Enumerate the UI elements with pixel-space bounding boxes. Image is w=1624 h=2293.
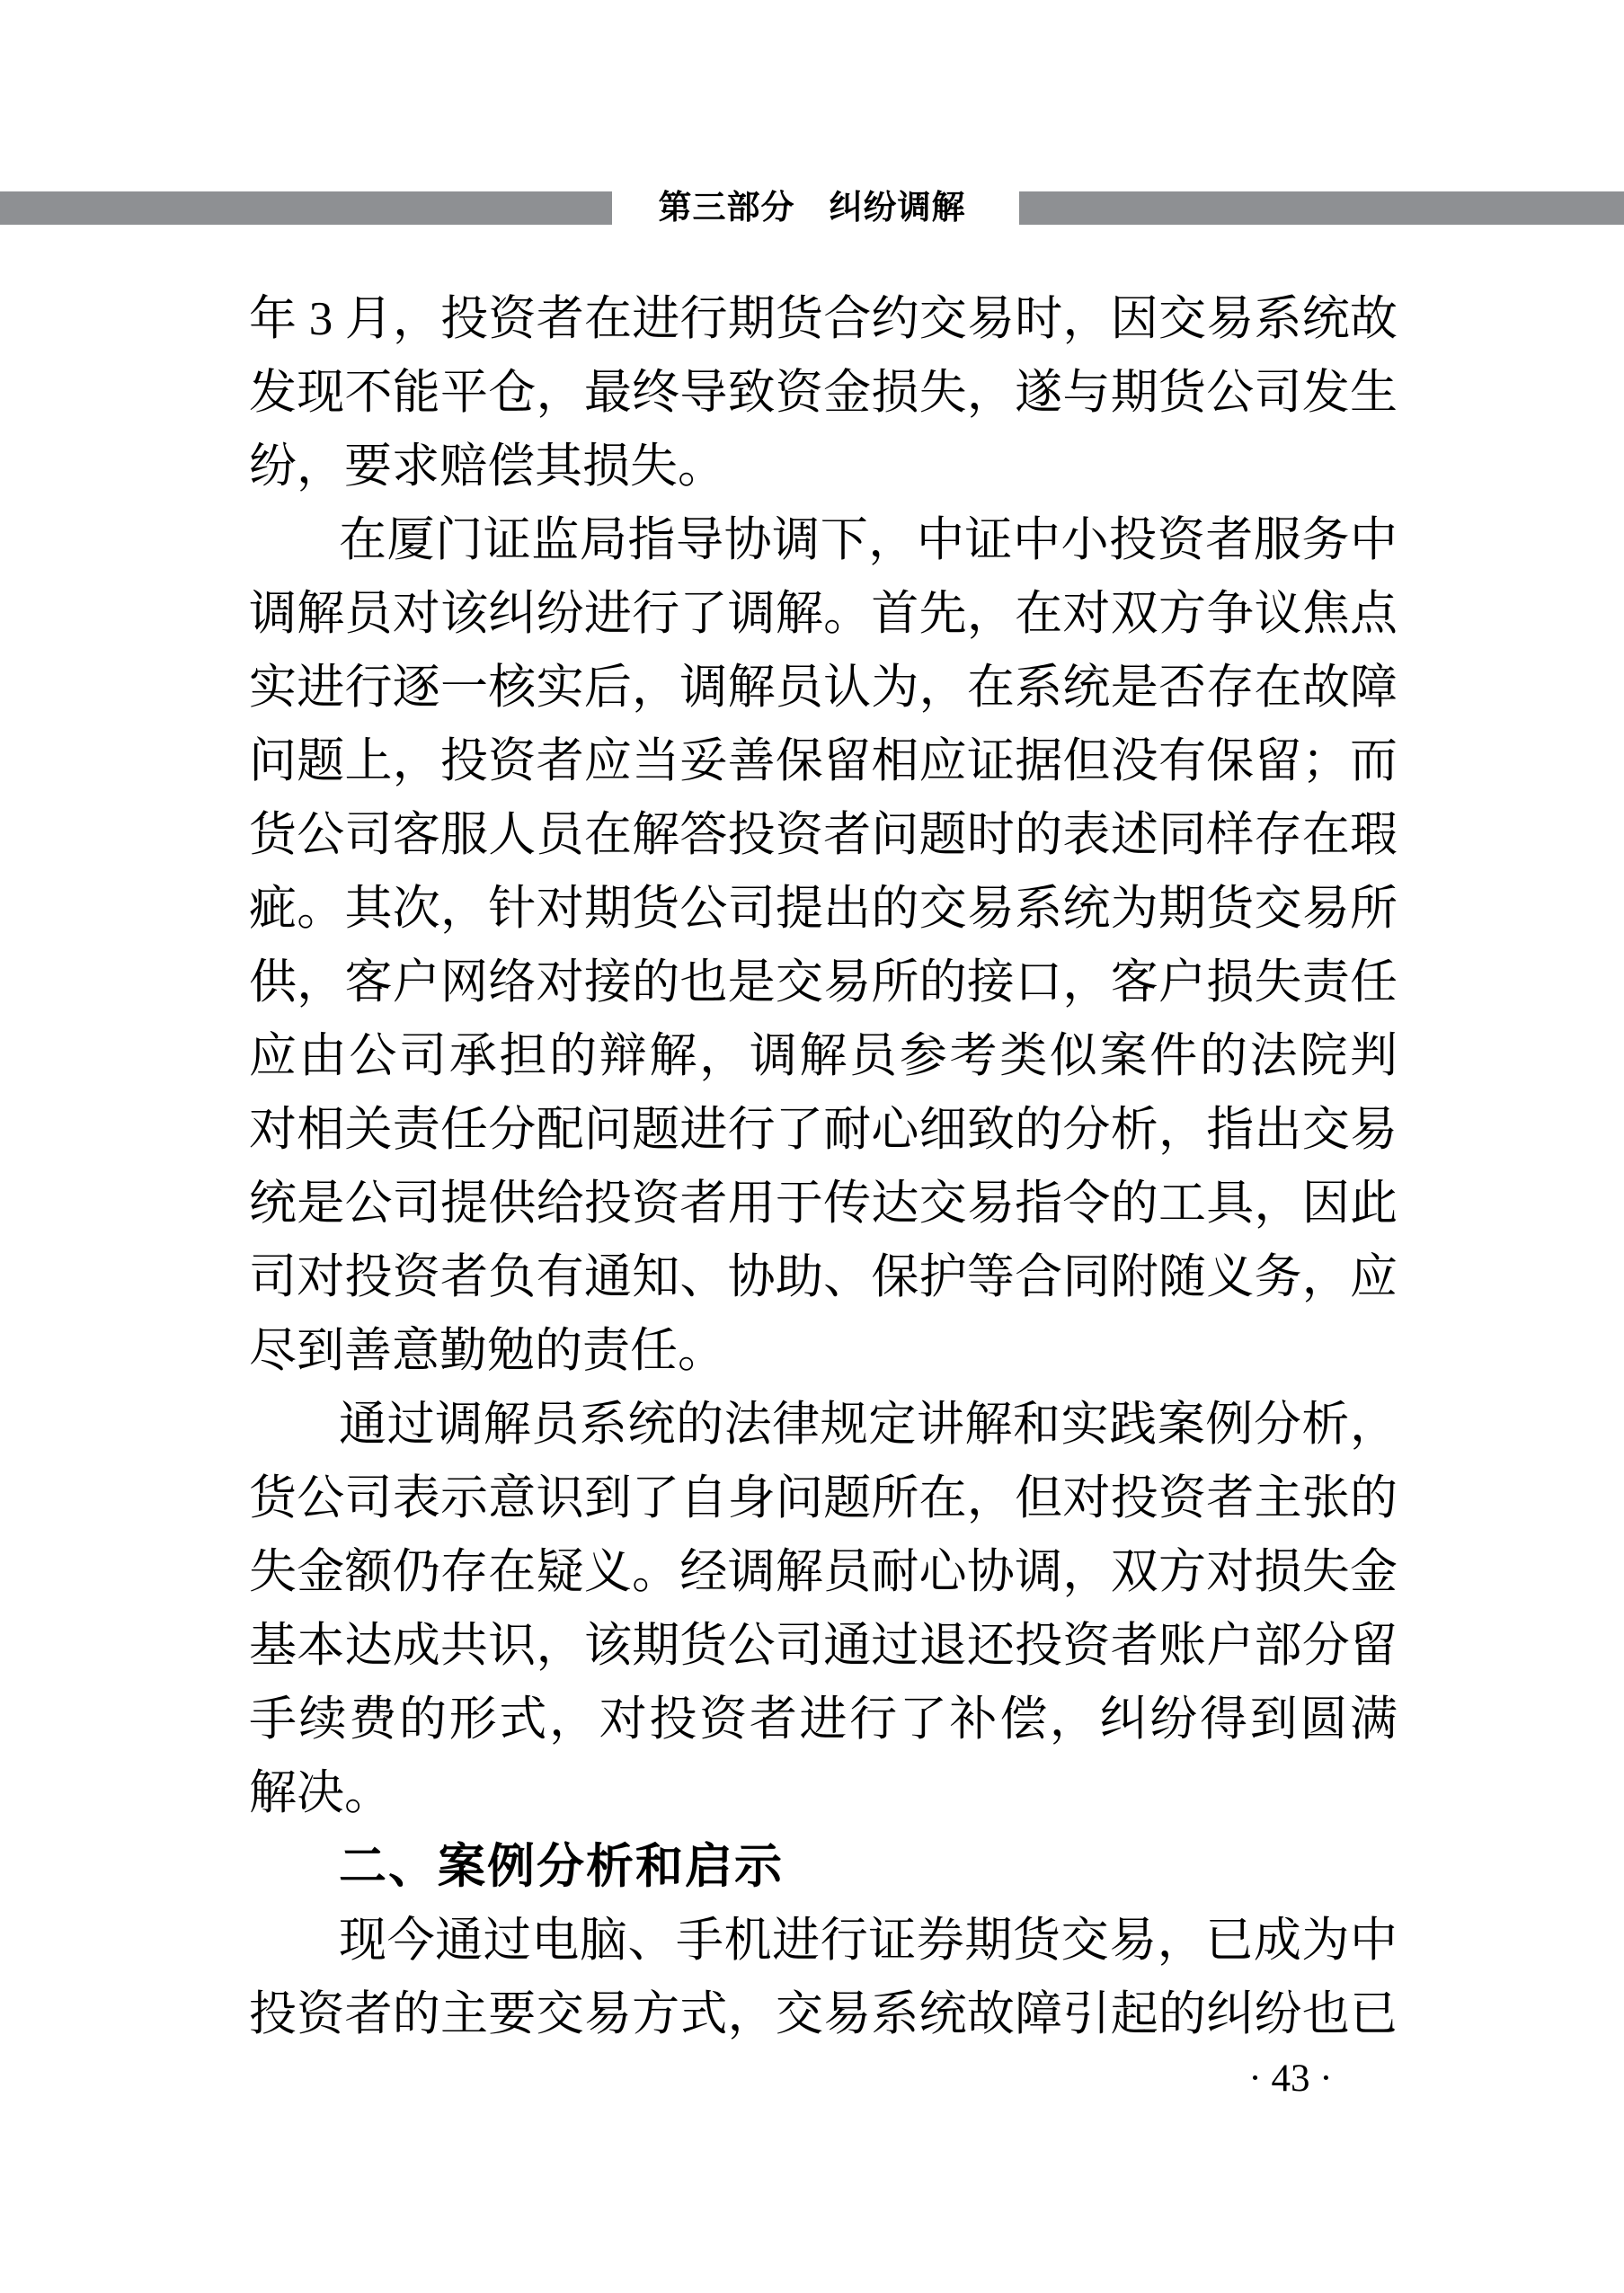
body-line: 对相关责任分配问题进行了耐心细致的分析，指出交易系 bbox=[249, 1093, 1398, 1167]
body-line: 解决。 bbox=[249, 1756, 1398, 1830]
body-line: 货公司表示意识到了自身问题所在，但对投资者主张的损 bbox=[249, 1462, 1398, 1535]
body-line: 货公司客服人员在解答投资者问题时的表述同样存在瑕 bbox=[249, 798, 1398, 872]
body-line: 供，客户网络对接的也是交易所的接口，客户损失责任不 bbox=[249, 946, 1398, 1019]
body-line: 统是公司提供给投资者用于传达交易指令的工具，因此公 bbox=[249, 1167, 1398, 1240]
body-line: 纷，要求赔偿其损失。 bbox=[249, 430, 1398, 503]
body-line: 实进行逐一核实后，调解员认为，在系统是否存在故障的 bbox=[249, 651, 1398, 724]
section-heading: 二、案例分析和启示 bbox=[249, 1830, 1398, 1904]
body-line: 年 3 月，投资者在进行期货合约交易时，因交易系统故障 bbox=[249, 282, 1398, 356]
body-line: 疵。其次，针对期货公司提出的交易系统为期货交易所提 bbox=[249, 872, 1398, 946]
body-line: 手续费的形式，对投资者进行了补偿，纠纷得到圆满 bbox=[249, 1683, 1398, 1756]
header-band-right bbox=[1019, 191, 1624, 225]
body-line: 调解员对该纠纷进行了调解。首先，在对双方争议焦点事 bbox=[249, 577, 1398, 651]
body-line: 问题上，投资者应当妥善保留相应证据但没有保留；而期 bbox=[249, 724, 1398, 798]
document-page: 第三部分 纠纷调解 年 3 月，投资者在进行期货合约交易时，因交易系统故障 发现… bbox=[0, 0, 1624, 2293]
body-line: 现今通过电脑、手机进行证券期货交易，已成为中小 bbox=[249, 1904, 1398, 1977]
body-line: 应由公司承担的辩解，调解员参考类似案件的法院判决， bbox=[249, 1019, 1398, 1093]
body-text-block: 年 3 月，投资者在进行期货合约交易时，因交易系统故障 发现不能平仓，最终导致资… bbox=[249, 282, 1398, 2051]
body-line: 发现不能平仓，最终导致资金损失，遂与期货公司发生纠 bbox=[249, 356, 1398, 430]
body-line: 投资者的主要交易方式，交易系统故障引起的纠纷也已成 bbox=[249, 1977, 1398, 2051]
body-line: 通过调解员系统的法律规定讲解和实践案例分析，期 bbox=[249, 1388, 1398, 1462]
page-number: · 43 · bbox=[1201, 2058, 1380, 2100]
body-line: 尽到善意勤勉的责任。 bbox=[249, 1314, 1398, 1388]
body-line: 司对投资者负有通知、协助、保护等合同附随义务，应当 bbox=[249, 1240, 1398, 1314]
body-line: 失金额仍存在疑义。经调解员耐心协调，双方对损失金额 bbox=[249, 1535, 1398, 1609]
body-line: 在厦门证监局指导协调下，中证中小投资者服务中心 bbox=[249, 503, 1398, 577]
body-line: 基本达成共识，该期货公司通过退还投资者账户部分留存 bbox=[249, 1609, 1398, 1683]
